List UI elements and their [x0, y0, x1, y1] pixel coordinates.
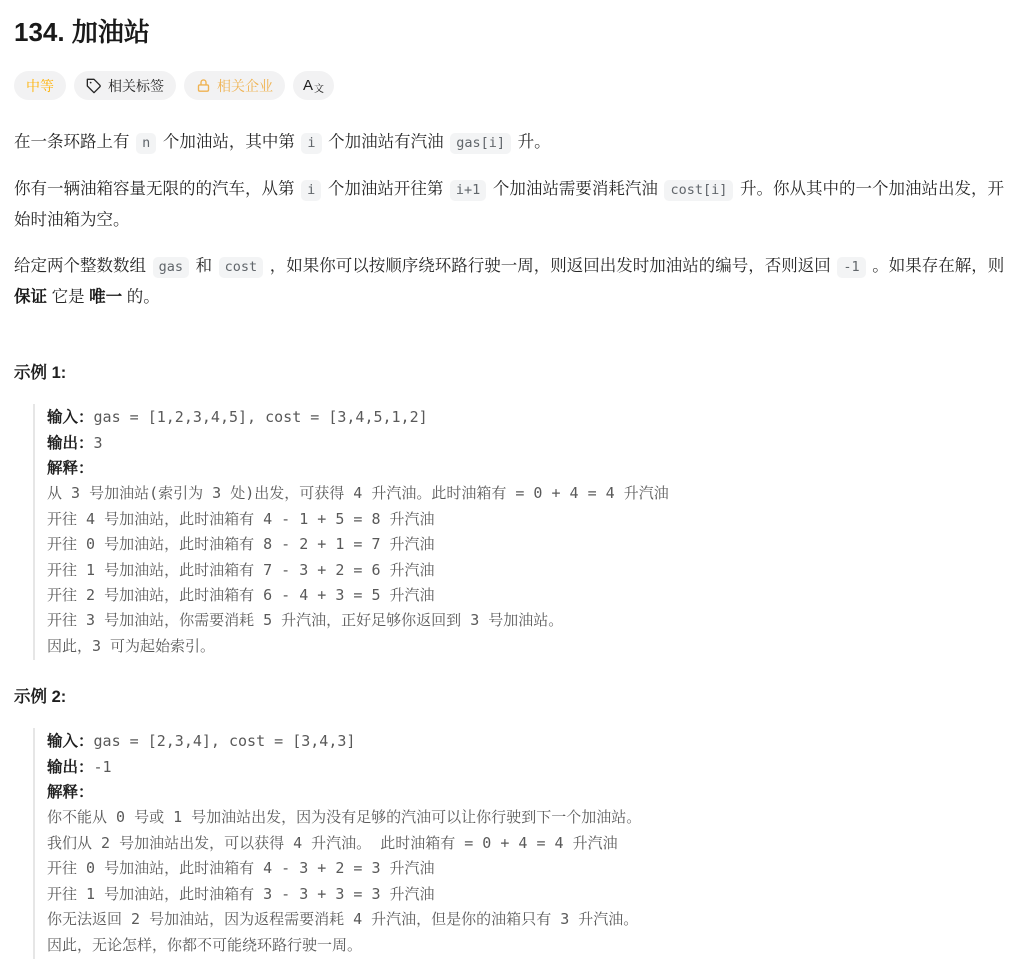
text-run: 个加油站，其中第	[158, 133, 299, 151]
example-output-line: 输出：3	[47, 431, 1010, 456]
explanation-line: 我们从 2 号加油站出发，可以获得 4 升汽油。 此时油箱有 = 0 + 4 =…	[47, 831, 1010, 856]
explanation-line: 开往 1 号加油站，此时油箱有 3 - 3 + 3 = 3 升汽油	[47, 882, 1010, 907]
text-run: 。如果存在解，则	[868, 257, 1005, 275]
explanation-line: 开往 0 号加油站，此时油箱有 4 - 3 + 2 = 3 升汽油	[47, 856, 1010, 881]
related-tags-label: 相关标签	[108, 79, 164, 93]
text-run: 个加油站需要消耗汽油	[488, 180, 662, 198]
explanation-line: 开往 2 号加油站，此时油箱有 6 - 4 + 3 = 5 升汽油	[47, 583, 1010, 608]
example-explanation-lines: 你不能从 0 号或 1 号加油站出发，因为没有足够的汽油可以让你行驶到下一个加油…	[47, 805, 1010, 957]
explanation-line: 开往 4 号加油站，此时油箱有 4 - 1 + 5 = 8 升汽油	[47, 507, 1010, 532]
explanation-line: 因此，3 可为起始索引。	[47, 634, 1010, 659]
problem-statement: 在一条环路上有 n 个加油站，其中第 i 个加油站有汽油 gas[i] 升。 你…	[14, 127, 1010, 312]
inline-code: cost[i]	[664, 180, 733, 201]
text-run: 个加油站开往第	[323, 180, 448, 198]
example-1-heading: 示例 1:	[14, 362, 1010, 384]
inline-code: i	[301, 133, 321, 154]
example-output-line: 输出：-1	[47, 755, 1010, 780]
explanation-line: 开往 1 号加油站，此时油箱有 7 - 3 + 2 = 6 升汽油	[47, 558, 1010, 583]
inline-code: gas[i]	[450, 133, 511, 154]
example-2-block: 输入：gas = [2,3,4], cost = [3,4,3] 输出：-1 解…	[33, 728, 1010, 959]
lock-icon	[196, 78, 211, 93]
example-1-block: 输入：gas = [1,2,3,4,5], cost = [3,4,5,1,2]…	[33, 404, 1010, 660]
example-explanation-label: 解释：	[47, 780, 1010, 805]
problem-description-page: 134. 加油站 中等 相关标签 相关企业 A文	[0, 0, 1023, 963]
example-section-2: 示例 2: 输入：gas = [2,3,4], cost = [3,4,3] 输…	[14, 686, 1010, 959]
bold-text: 唯一	[89, 288, 122, 306]
text-run: ，如果你可以按顺序绕环路行驶一周，则返回出发时加油站的编号，否则返回	[265, 257, 835, 275]
example-explanation-label: 解释：	[47, 456, 1010, 481]
related-tags-button[interactable]: 相关标签	[74, 71, 176, 100]
text-run: 的。	[122, 288, 160, 306]
example-input-line: 输入：gas = [1,2,3,4,5], cost = [3,4,5,1,2]	[47, 405, 1010, 430]
example-section-1: 示例 1: 输入：gas = [1,2,3,4,5], cost = [3,4,…	[14, 362, 1010, 660]
explanation-line: 从 3 号加油站(索引为 3 处)出发，可获得 4 升汽油。此时油箱有 = 0 …	[47, 481, 1010, 506]
related-companies-button[interactable]: 相关企业	[184, 71, 285, 100]
inline-code: i+1	[450, 180, 486, 201]
inline-code: -1	[837, 257, 865, 278]
example-input-line: 输入：gas = [2,3,4], cost = [3,4,3]	[47, 729, 1010, 754]
page-title: 134. 加油站	[14, 17, 1010, 48]
text-run: 你有一辆油箱容量无限的的汽车，从第	[14, 180, 299, 198]
example-2-heading: 示例 2:	[14, 686, 1010, 708]
inline-code: cost	[219, 257, 264, 278]
text-run: 升。	[513, 133, 551, 151]
bold-text: 保证	[14, 288, 47, 306]
difficulty-label: 中等	[26, 79, 54, 93]
explanation-line: 你不能从 0 号或 1 号加油站出发，因为没有足够的汽油可以让你行驶到下一个加油…	[47, 805, 1010, 830]
explanation-line: 你无法返回 2 号加油站，因为返程需要消耗 4 升汽油，但是你的油箱只有 3 升…	[47, 907, 1010, 932]
difficulty-badge[interactable]: 中等	[14, 71, 66, 100]
explanation-line: 开往 0 号加油站，此时油箱有 8 - 2 + 1 = 7 升汽油	[47, 532, 1010, 557]
inline-code: n	[136, 133, 156, 154]
translate-icon: A文	[303, 78, 324, 93]
statement-paragraph: 你有一辆油箱容量无限的的汽车，从第 i 个加油站开往第 i+1 个加油站需要消耗…	[14, 174, 1010, 235]
inline-code: gas	[153, 257, 189, 278]
text-run: 和	[191, 257, 217, 275]
inline-code: i	[301, 180, 321, 201]
badge-row: 中等 相关标签 相关企业 A文	[14, 71, 1010, 100]
translate-toggle-button[interactable]: A文	[293, 71, 334, 100]
related-companies-label: 相关企业	[217, 79, 273, 93]
text-run: 在一条环路上有	[14, 133, 134, 151]
statement-paragraph: 给定两个整数数组 gas 和 cost ，如果你可以按顺序绕环路行驶一周，则返回…	[14, 251, 1010, 312]
example-explanation-lines: 从 3 号加油站(索引为 3 处)出发，可获得 4 升汽油。此时油箱有 = 0 …	[47, 481, 1010, 659]
text-run: 个加油站有汽油	[324, 133, 449, 151]
explanation-line: 因此，无论怎样，你都不可能绕环路行驶一周。	[47, 933, 1010, 958]
explanation-line: 开往 3 号加油站，你需要消耗 5 升汽油，正好足够你返回到 3 号加油站。	[47, 608, 1010, 633]
tag-icon	[86, 78, 102, 94]
text-run: 给定两个整数数组	[14, 257, 151, 275]
statement-paragraph: 在一条环路上有 n 个加油站，其中第 i 个加油站有汽油 gas[i] 升。	[14, 127, 1010, 158]
text-run: 它是	[47, 288, 89, 306]
